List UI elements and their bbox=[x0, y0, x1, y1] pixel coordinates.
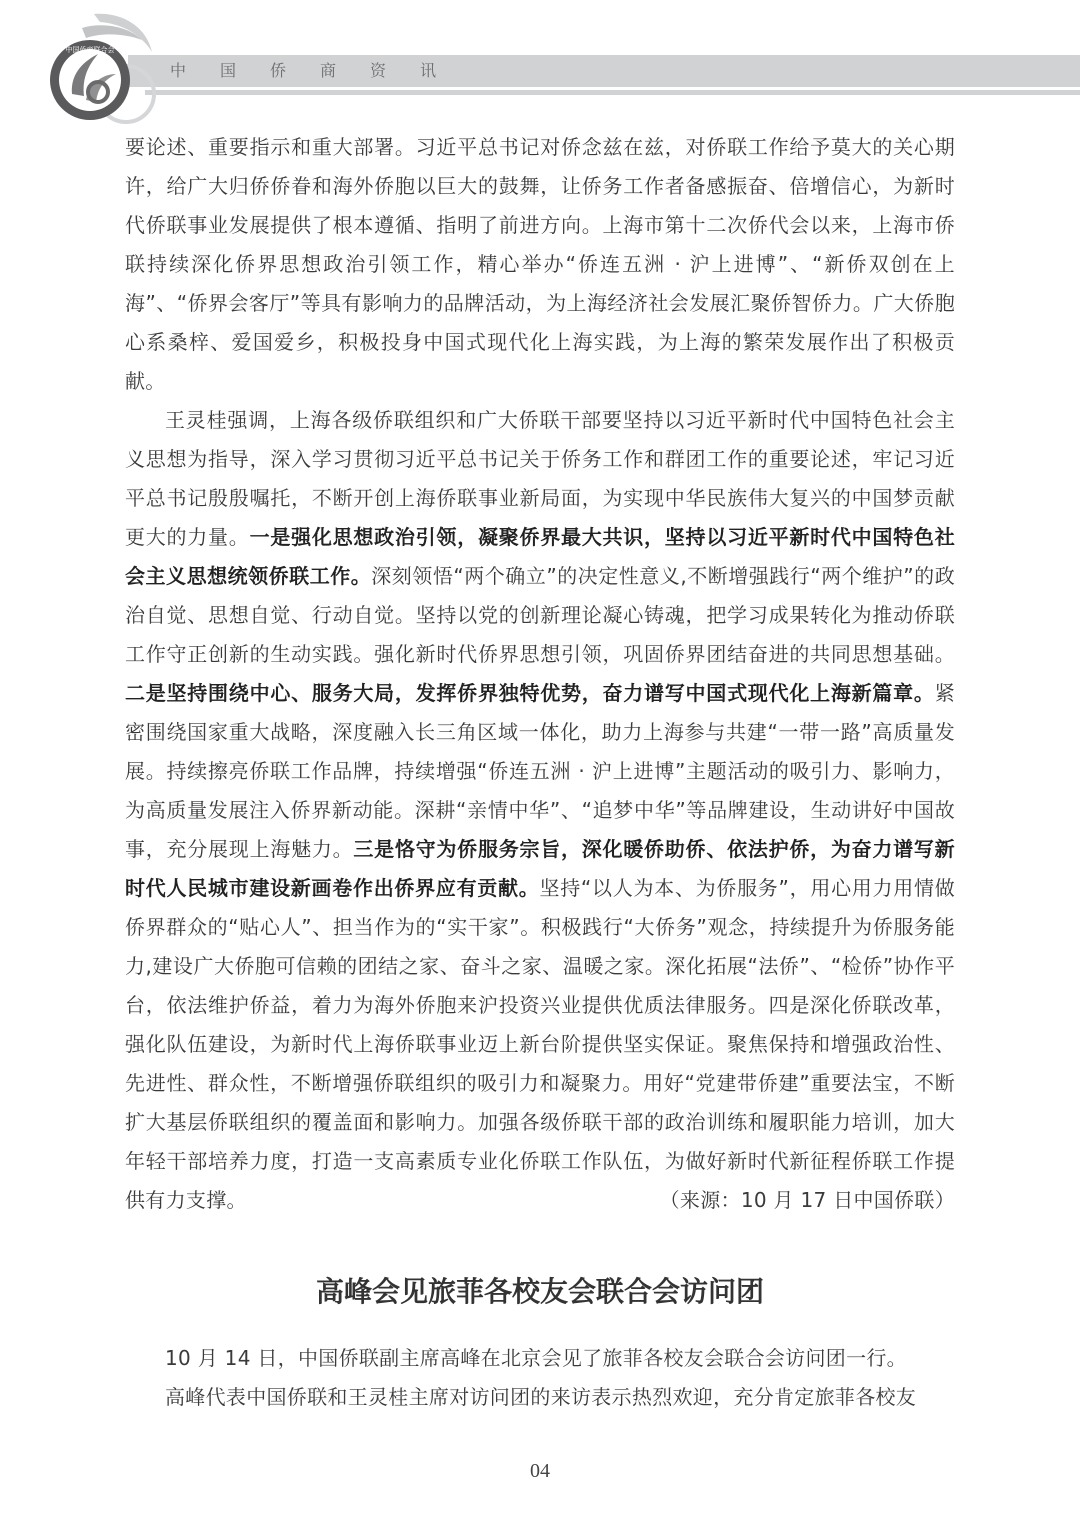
text-segment: 要论述、重要指示和重大部署。习近平总书记对侨念兹在兹，对侨联工作给予莫大的关心期… bbox=[125, 135, 955, 393]
paragraph: 王灵桂强调，上海各级侨联组织和广大侨联干部要坚持以习近平新时代中国特色社会主义思… bbox=[125, 401, 955, 1220]
title-char: 讯 bbox=[420, 55, 470, 87]
text-segment: 紧密围绕国家重大战略，深度融入长三角区域一体化，助力上海参与共建“一带一路”高质… bbox=[125, 681, 955, 861]
key-point-two: 二是坚持围绕中心、服务大局，发挥侨界独特优势，奋力谱写中国式现代化上海新篇章。 bbox=[125, 681, 935, 705]
header-rule bbox=[145, 90, 1080, 95]
paragraph: 10 月 14 日，中国侨联副主席高峰在北京会见了旅菲各校友会联合会访问团一行。 bbox=[125, 1339, 955, 1378]
title-char: 商 bbox=[320, 55, 370, 87]
organization-logo-icon: 中国侨商联合会 bbox=[42, 8, 162, 126]
second-article: 高峰会见旅菲各校友会联合会访问团 10 月 14 日，中国侨联副主席高峰在北京会… bbox=[125, 1265, 955, 1417]
title-char: 资 bbox=[370, 55, 420, 87]
paragraph: 要论述、重要指示和重大部署。习近平总书记对侨念兹在兹，对侨联工作给予莫大的关心期… bbox=[125, 128, 955, 401]
page-number: 04 bbox=[0, 1460, 1080, 1483]
page-header: 中国侨商联合会 中 国 侨 商 资 讯 bbox=[0, 0, 1080, 130]
title-char: 侨 bbox=[270, 55, 320, 87]
title-char: 国 bbox=[220, 55, 270, 87]
paragraph: 高峰代表中国侨联和王灵桂主席对访问团的来访表示热烈欢迎，充分肯定旅菲各校友 bbox=[125, 1378, 955, 1417]
title-char: 中 bbox=[170, 55, 220, 87]
publication-title: 中 国 侨 商 资 讯 bbox=[170, 55, 470, 87]
article-body: 要论述、重要指示和重大部署。习近平总书记对侨念兹在兹，对侨联工作给予莫大的关心期… bbox=[125, 128, 955, 1220]
svg-text:中国侨商联合会: 中国侨商联合会 bbox=[66, 45, 115, 54]
source-citation: （来源：10 月 17 日中国侨联） bbox=[620, 1181, 955, 1220]
article-title: 高峰会见旅菲各校友会联合会访问团 bbox=[125, 1265, 955, 1319]
text-segment: 坚持“以人为本、为侨服务”，用心用力用情做侨界群众的“贴心人”、担当作为的“实干… bbox=[125, 876, 955, 1212]
